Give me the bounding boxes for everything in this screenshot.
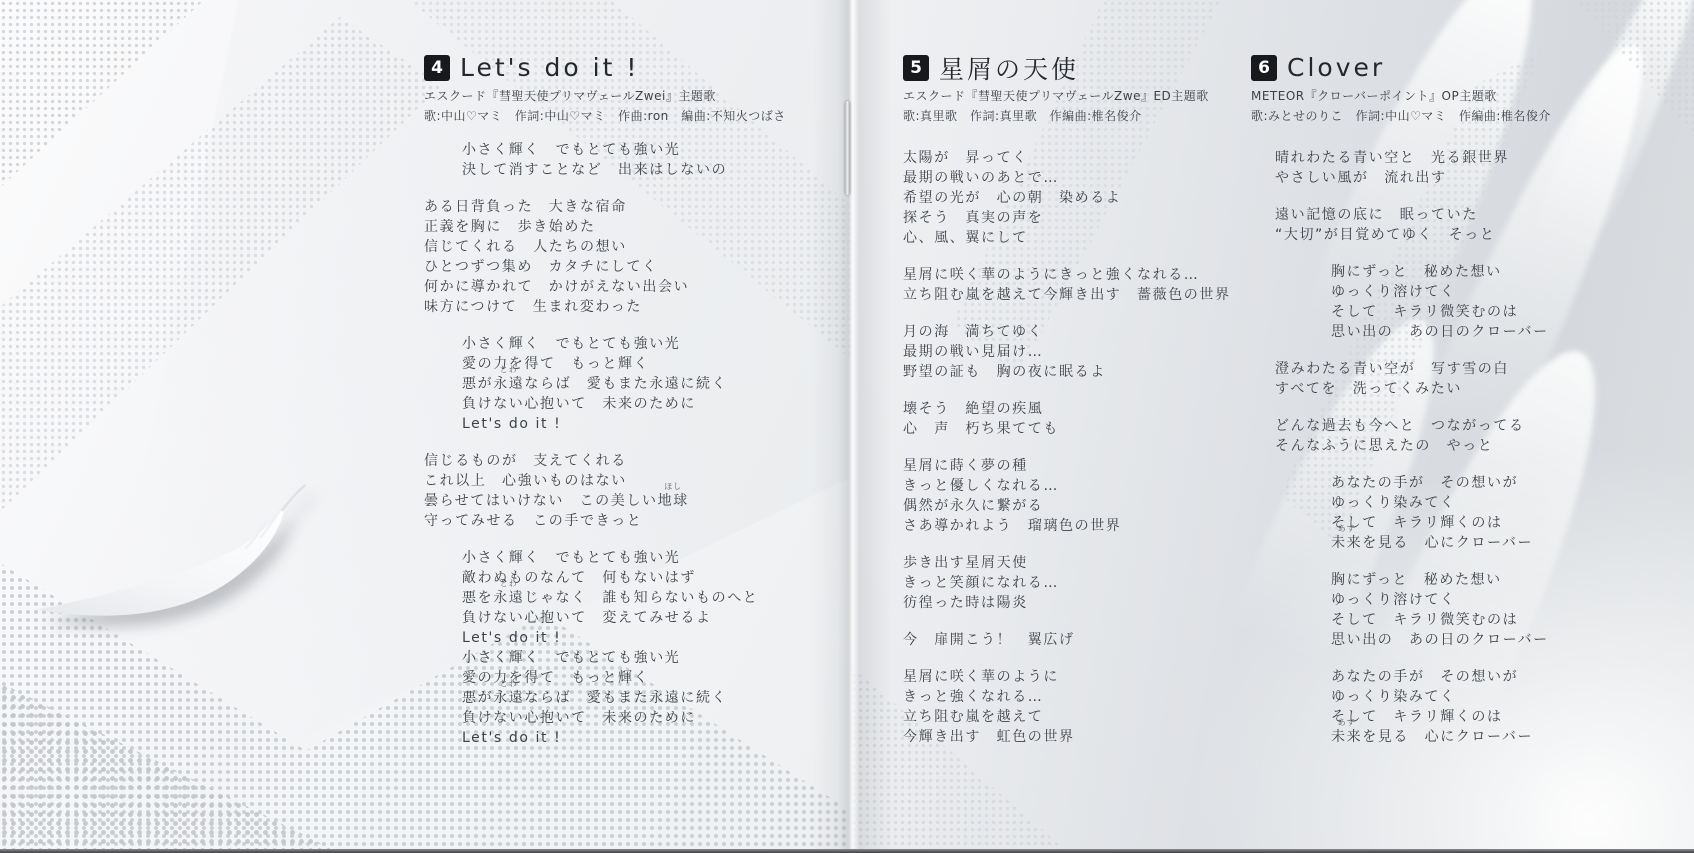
stanza: 歩き出す星屑天使きっと笑顔になれる…彷徨った時は陽炎 (903, 553, 1231, 613)
stanza: あなたの手が その想いがゆっくり染みてくそして キラリ輝くのは未来あすを見る 心… (1331, 473, 1549, 553)
work-credit: エスクード『彗聖天使プリマヴェールZwei』主題歌 (424, 87, 844, 104)
lyric-line: そして キラリ輝くのは (1331, 513, 1549, 533)
stanza: 信じるものが 支えてくれるこれ以上 心強いものはない曇らせてはいけない この美し… (424, 451, 758, 531)
lyric-line: 小さく輝く でもとても強い光 (462, 140, 758, 160)
track-title: 星屑の天使 (939, 50, 1079, 86)
lyric-line: 星屑に咲く華のように (903, 667, 1231, 687)
lyric-line: 何かに導かれて かけがえない出会い (424, 277, 758, 297)
stanza: 胸にずっと 秘めた想いゆっくり溶けてくそして キラリ微笑むのは思い出の あの日の… (1331, 262, 1549, 342)
stanza: あなたの手が その想いがゆっくり染みてくそして キラリ輝くのは未来あすを見る 心… (1331, 667, 1549, 747)
stanza: 月の海 満ちてゆく最期の戦い見届け…野望の証も 胸の夜に眠るよ (903, 322, 1231, 382)
lyric-line: 晴れわたる青い空と 光る銀世界 (1275, 148, 1549, 168)
stanza: 晴れわたる青い空と 光る銀世界やさしい風が 流れ出す (1275, 148, 1549, 188)
artist-credits: 歌:みとせのりこ 作詞:中山♡マミ 作編曲:椎名俊介 (1251, 107, 1671, 124)
lyrics: 晴れわたる青い空と 光る銀世界やさしい風が 流れ出す遠い記憶の底に 眠っていた“… (1275, 148, 1549, 764)
track-title: Let's do it ! (460, 53, 639, 82)
lyric-line: 遠い記憶の底に 眠っていた (1275, 205, 1549, 225)
stanza: 太陽が 昇ってく最期の戦いのあとで…希望の光が 心の朝 染めるよ探そう 真実の声… (903, 148, 1231, 248)
lyric-line: 小さく輝く でもとても強い光 (462, 548, 758, 568)
lyric-line: 悪が永遠とわならば 愛もまた永遠に続く (462, 688, 758, 708)
lyric-line: 心 声 朽ち果てても (903, 419, 1231, 439)
lyric-line: 未来あすを見る 心にクローバー (1331, 727, 1549, 747)
stanza: 壊そう 絶望の疾風心 声 朽ち果てても (903, 399, 1231, 439)
lyric-line: 偶然が永久に繋がる (903, 496, 1231, 516)
lyric-line: 小さく輝く でもとても強い光 (462, 648, 758, 668)
lyrics: 小さく輝く でもとても強い光決して消すことなど 出来はしないのある日背負った 大… (424, 140, 758, 765)
lyric-line: 今輝き出す 虹色の世界 (903, 727, 1231, 747)
lyric-line: すべてを 洗ってくみたい (1275, 379, 1549, 399)
track-6-column: 6 Clover METEOR『クローバーポイント』OP主題歌 歌:みとせのりこ… (1251, 54, 1671, 124)
lyric-line: そして キラリ微笑むのは (1331, 610, 1549, 630)
lyric-line: あなたの手が その想いが (1331, 667, 1549, 687)
lyric-line: そして キラリ微笑むのは (1331, 302, 1549, 322)
lyric-line: 歩き出す星屑天使 (903, 553, 1231, 573)
lyric-line: 最期の戦い見届け… (903, 342, 1231, 362)
lyric-line: ゆっくり染みてく (1331, 493, 1549, 513)
lyric-line: 信じるものが 支えてくれる (424, 451, 758, 471)
lyric-line: 壊そう 絶望の疾風 (903, 399, 1231, 419)
stanza: 澄みわたる青い空が 写す雪の白すべてを 洗ってくみたい (1275, 359, 1549, 399)
lyric-line: やさしい風が 流れ出す (1275, 168, 1549, 188)
page-fold (810, 0, 892, 853)
lyric-line: きっと笑顔になれる… (903, 573, 1231, 593)
lyric-line: 守ってみせる この手できっと (424, 511, 758, 531)
lyric-line: 思い出の あの日のクローバー (1331, 322, 1549, 342)
lyric-line: 小さく輝く でもとても強い光 (462, 334, 758, 354)
lyric-line: 悪を永遠とわじゃなく 誰も知らないものへと (462, 588, 758, 608)
lyric-line: 味方につけて 生まれ変わった (424, 297, 758, 317)
track-number-badge: 4 (424, 55, 450, 81)
lyric-line: 正義を胸に 歩き始めた (424, 217, 758, 237)
lyric-line: Let's do it ! (462, 628, 758, 648)
lyric-line: きっと優しくなれる… (903, 476, 1231, 496)
lyric-line: 太陽が 昇ってく (903, 148, 1231, 168)
lyric-line: ゆっくり染みてく (1331, 687, 1549, 707)
lyric-line: ある日背負った 大きな宿命 (424, 197, 758, 217)
lyric-line: “大切”が目覚めてゆく そっと (1275, 225, 1549, 245)
lyric-line: 心、風、翼にして (903, 228, 1231, 248)
lyric-line: 立ち阻む嵐を越えて (903, 707, 1231, 727)
stanza: 胸にずっと 秘めた想いゆっくり溶けてくそして キラリ微笑むのは思い出の あの日の… (1331, 570, 1549, 650)
stanza: 星屑に咲く華のようにきっと強くなれる…立ち阻む嵐を越えて今輝き出す 薔薇色の世界 (903, 265, 1231, 305)
track-number-badge: 5 (903, 55, 929, 81)
lyric-line: きっと強くなれる… (903, 687, 1231, 707)
lyric-line: 胸にずっと 秘めた想い (1331, 570, 1549, 590)
lyric-line: Let's do it ! (462, 414, 758, 434)
lyrics: 太陽が 昇ってく最期の戦いのあとで…希望の光が 心の朝 染めるよ探そう 真実の声… (903, 148, 1231, 764)
lyric-line: 曇らせてはいけない この美しい地球ほし (424, 491, 758, 511)
lyric-line: 立ち阻む嵐を越えて今輝き出す 薔薇色の世界 (903, 285, 1231, 305)
lyric-line: 最期の戦いのあとで… (903, 168, 1231, 188)
stanza: 小さく輝く でもとても強い光決して消すことなど 出来はしないの (462, 140, 758, 180)
lyric-line: ひとつずつ集め カタチにしてく (424, 257, 758, 277)
stanza: 星屑に咲く華のようにきっと強くなれる…立ち阻む嵐を越えて今輝き出す 虹色の世界 (903, 667, 1231, 747)
stanza: ある日背負った 大きな宿命正義を胸に 歩き始めた信じてくれる 人たちの想いひとつ… (424, 197, 758, 317)
stanza: 遠い記憶の底に 眠っていた“大切”が目覚めてゆく そっと (1275, 205, 1549, 245)
lyric-line: 希望の光が 心の朝 染めるよ (903, 188, 1231, 208)
lyric-line: 思い出の あの日のクローバー (1331, 630, 1549, 650)
lyric-line: 今 扉開こう！ 翼広げ (903, 630, 1231, 650)
lyric-line: 決して消すことなど 出来はしないの (462, 160, 758, 180)
lyric-line: 負けない心抱いて 未来のために (462, 394, 758, 414)
stanza: 小さく輝く でもとても強い光愛の力を得て もっと輝く悪が永遠とわならば 愛もまた… (462, 334, 758, 434)
lyric-line: 澄みわたる青い空が 写す雪の白 (1275, 359, 1549, 379)
track-title: Clover (1287, 53, 1385, 82)
stanza: 星屑に蒔く夢の種きっと優しくなれる…偶然が永久に繋がるさあ導かれよう 瑠璃色の世… (903, 456, 1231, 536)
artist-credits: 歌:中山♡マミ 作詞:中山♡マミ 作曲:ron 編曲:不知火つばさ (424, 107, 844, 124)
lyric-line: あなたの手が その想いが (1331, 473, 1549, 493)
lyric-line: ゆっくり溶けてく (1331, 282, 1549, 302)
lyric-line: 星屑に蒔く夢の種 (903, 456, 1231, 476)
lyric-line: 悪が永遠とわならば 愛もまた永遠に続く (462, 374, 758, 394)
lyric-line: そして キラリ輝くのは (1331, 707, 1549, 727)
feather-photo (21, 482, 321, 652)
lyric-line: Let's do it ! (462, 728, 758, 748)
lyric-line: 探そう 真実の声を (903, 208, 1231, 228)
lyric-line: ゆっくり溶けてく (1331, 590, 1549, 610)
lyric-line: さあ導かれよう 瑠璃色の世界 (903, 516, 1231, 536)
track-header: 4 Let's do it ! (424, 54, 844, 81)
lyric-line: 星屑に咲く華のようにきっと強くなれる… (903, 265, 1231, 285)
lyric-line: 信じてくれる 人たちの想い (424, 237, 758, 257)
lyric-line: 負けない心抱いて 未来のために (462, 708, 758, 728)
stanza: どんな過去も今へと つながってるそんなふうに思えたの やっと (1275, 416, 1549, 456)
lyric-line: そんなふうに思えたの やっと (1275, 436, 1549, 456)
lyric-line: これ以上 心強いものはない (424, 471, 758, 491)
lyric-line: 野望の証も 胸の夜に眠るよ (903, 362, 1231, 382)
work-credit: METEOR『クローバーポイント』OP主題歌 (1251, 87, 1671, 104)
lyric-line: 未来あすを見る 心にクローバー (1331, 533, 1549, 553)
lyric-line: 月の海 満ちてゆく (903, 322, 1231, 342)
staple (845, 101, 850, 195)
stanza: 小さく輝く でもとても強い光敵わぬものなんて 何もないはず悪を永遠とわじゃなく … (462, 548, 758, 748)
lyric-line: どんな過去も今へと つながってる (1275, 416, 1549, 436)
track-4-column: 4 Let's do it ! エスクード『彗聖天使プリマヴェールZwei』主題… (424, 54, 844, 124)
track-header: 6 Clover (1251, 54, 1671, 81)
lyric-line: 彷徨った時は陽炎 (903, 593, 1231, 613)
lyric-line: 胸にずっと 秘めた想い (1331, 262, 1549, 282)
stanza: 今 扉開こう！ 翼広げ (903, 630, 1231, 650)
lyric-line: 負けない心抱いて 変えてみせるよ (462, 608, 758, 628)
scan-edge-bottom (0, 849, 1694, 853)
track-number-badge: 6 (1251, 55, 1277, 81)
